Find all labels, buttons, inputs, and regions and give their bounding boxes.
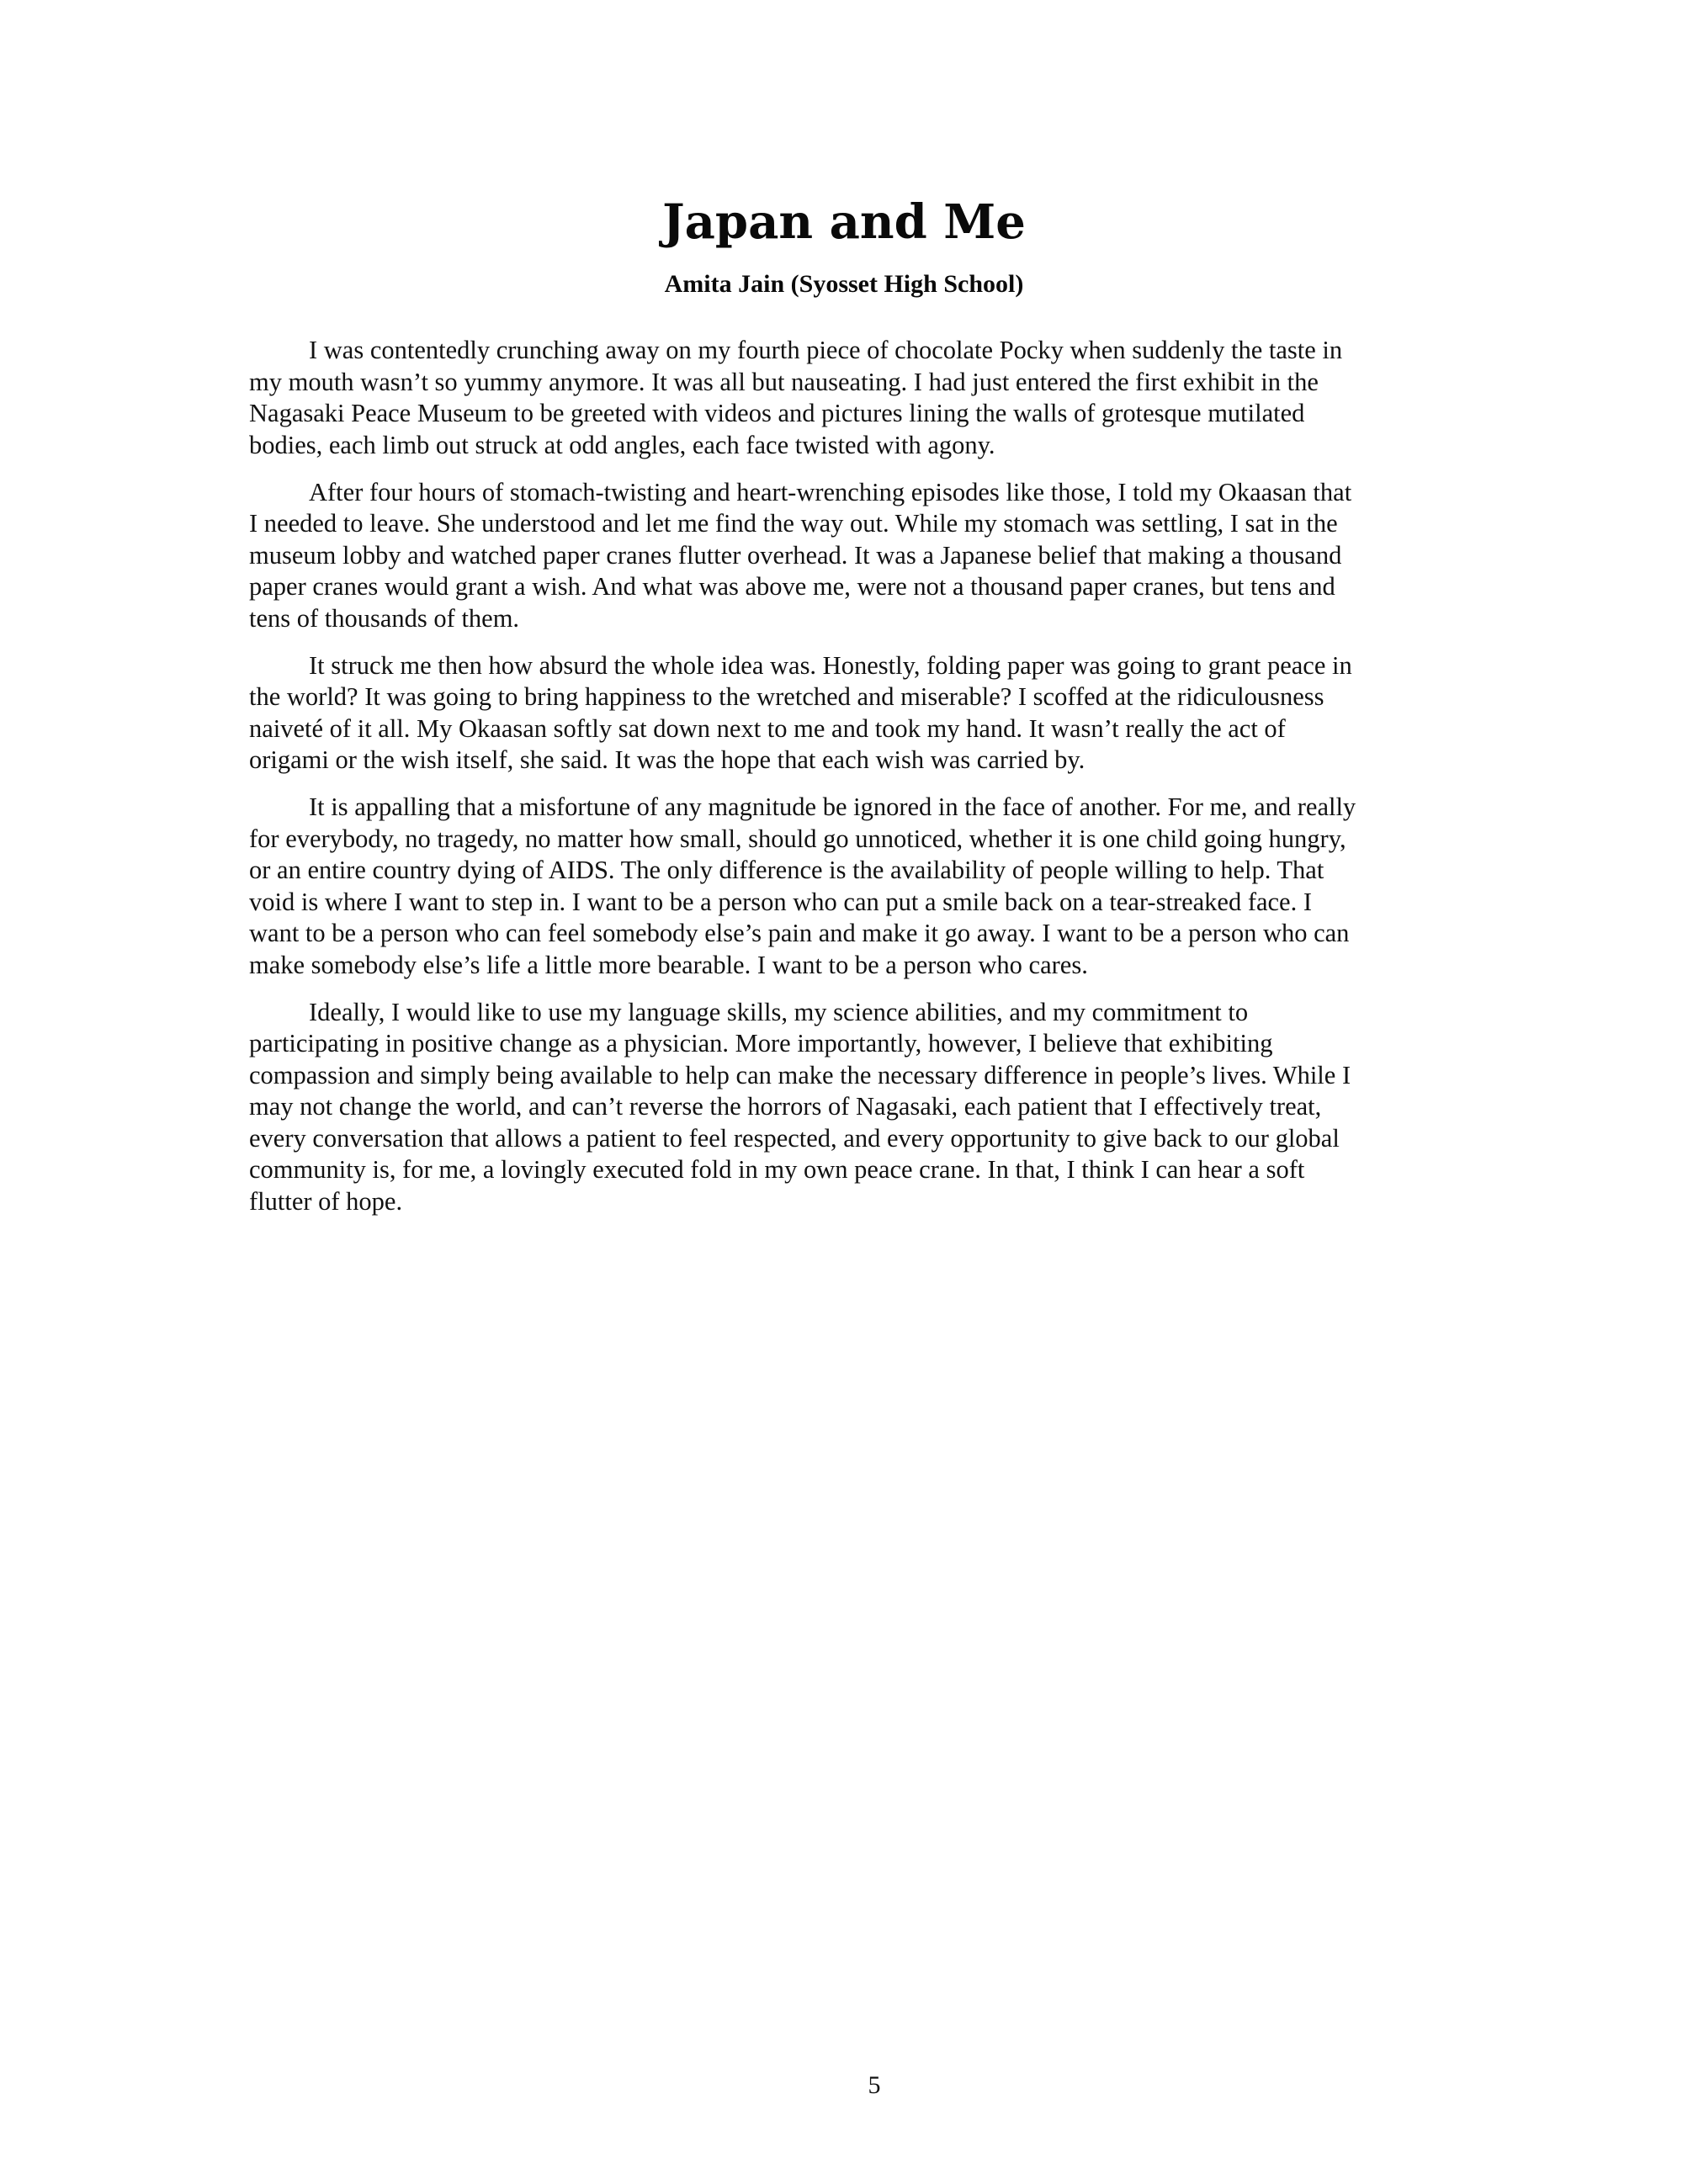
text-line: Ideally, I would like to use my language… <box>249 997 1444 1029</box>
text-line: I needed to leave. She understood and le… <box>249 508 1444 540</box>
essay-body: I was contentedly crunching away on my f… <box>249 335 1444 1233</box>
text-line: the world? It was going to bring happine… <box>249 681 1444 713</box>
text-line: my mouth wasn’t so yummy anymore. It was… <box>249 367 1444 399</box>
text-line: or an entire country dying of AIDS. The … <box>249 855 1444 887</box>
text-line: flutter of hope. <box>249 1186 1444 1218</box>
text-line: want to be a person who can feel somebod… <box>249 918 1444 950</box>
paragraph-3: It struck me then how absurd the whole i… <box>249 650 1444 777</box>
document-page: Japan and Me Amita Jain (Syosset High Sc… <box>0 0 1688 2184</box>
text-line: It struck me then how absurd the whole i… <box>249 650 1444 682</box>
text-line: Nagasaki Peace Museum to be greeted with… <box>249 398 1444 430</box>
text-line: community is, for me, a lovingly execute… <box>249 1154 1444 1186</box>
text-line: tens of thousands of them. <box>249 603 1444 635</box>
text-line: paper cranes would grant a wish. And wha… <box>249 571 1444 603</box>
author-byline: Amita Jain (Syosset High School) <box>0 268 1688 301</box>
text-line: origami or the wish itself, she said. It… <box>249 745 1444 777</box>
text-line: I was contentedly crunching away on my f… <box>249 335 1444 367</box>
text-line: make somebody else’s life a little more … <box>249 950 1444 982</box>
text-line: participating in positive change as a ph… <box>249 1028 1444 1060</box>
text-line: void is where I want to step in. I want … <box>249 887 1444 919</box>
text-line: for everybody, no tragedy, no matter how… <box>249 824 1444 856</box>
paragraph-2: After four hours of stomach-twisting and… <box>249 477 1444 635</box>
paragraph-1: I was contentedly crunching away on my f… <box>249 335 1444 461</box>
text-line: compassion and simply being available to… <box>249 1060 1444 1092</box>
paragraph-5: Ideally, I would like to use my language… <box>249 997 1444 1218</box>
page-number: 5 <box>0 2073 1688 2098</box>
text-line: It is appalling that a misfortune of any… <box>249 792 1444 824</box>
text-line: naiveté of it all. My Okaasan softly sat… <box>249 713 1444 745</box>
text-line: After four hours of stomach-twisting and… <box>249 477 1444 509</box>
text-line: bodies, each limb out struck at odd angl… <box>249 430 1444 462</box>
document-title: Japan and Me <box>0 190 1688 254</box>
text-line: may not change the world, and can’t reve… <box>249 1091 1444 1123</box>
text-line: every conversation that allows a patient… <box>249 1123 1444 1155</box>
text-line: museum lobby and watched paper cranes fl… <box>249 540 1444 572</box>
paragraph-4: It is appalling that a misfortune of any… <box>249 792 1444 981</box>
